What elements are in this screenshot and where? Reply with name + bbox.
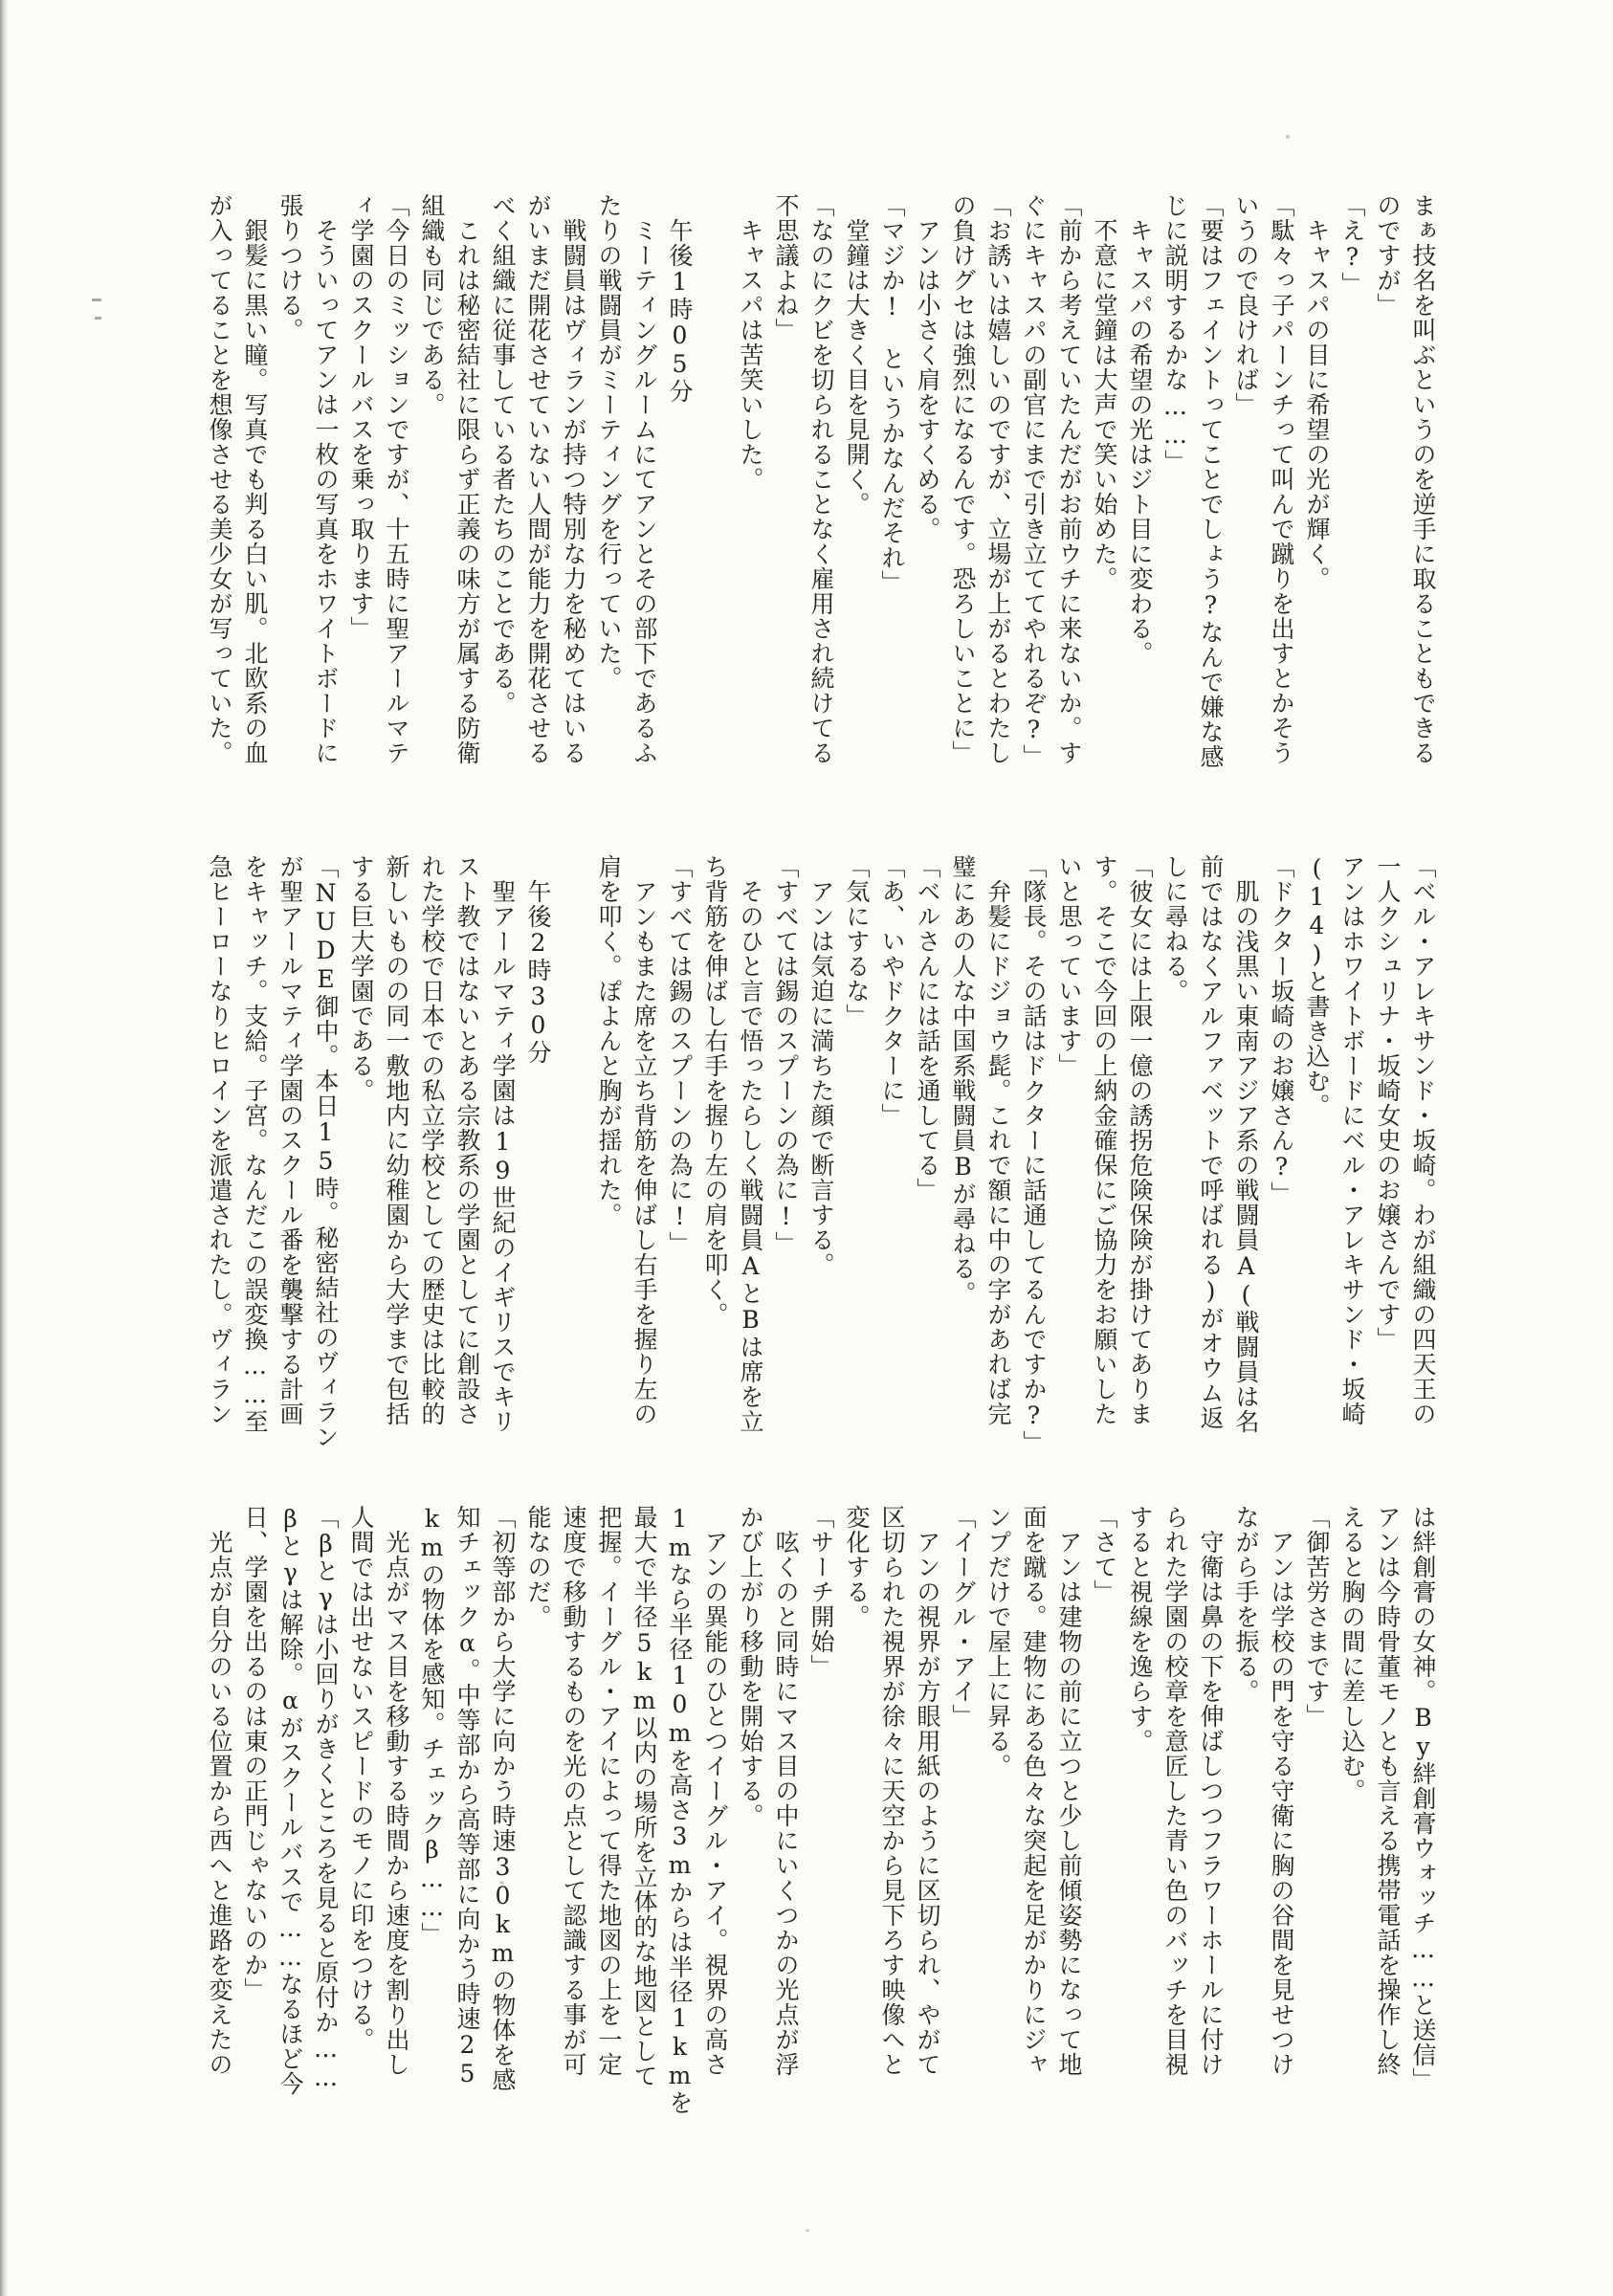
- text-column: 肩を叩く。ぽよんと胸が揺れた。: [591, 854, 627, 1467]
- text-column: 把握。イーグル・アイによって得た地図の上を一定: [591, 1505, 627, 2117]
- text-column: 呟くのと同時にマス目の中にいくつかの光点が浮: [768, 1505, 804, 2117]
- text-column: 午後2時30分: [520, 854, 556, 1467]
- scanned-novel-page: まぁ技名を叫ぶというのを逆手に取ることもできるのですが」「え?」 キャスパの目に…: [0, 0, 1613, 2296]
- text-column: 守衛は鼻の下を伸ばしつつフラワーホールに付け: [1193, 1505, 1228, 2117]
- text-column: 「マジか! というかなんだそれ」: [874, 193, 910, 806]
- text-column: いと思っています」: [1051, 854, 1087, 1467]
- text-column: られた学園の校章を意匠した青い色のバッチを目視: [1158, 1505, 1193, 2117]
- scan-speck: [1286, 135, 1290, 139]
- text-column: そのひと言で悟ったらしく戦闘員AとBは席を立: [733, 854, 768, 1467]
- text-column: ち背筋を伸ばし右手を握り左の肩を叩く。: [697, 854, 733, 1467]
- text-column: す。そこで今回の上納金確保にご協力をお願いした: [1087, 854, 1122, 1467]
- text-column: アンは学校の門を守る守衛に胸の谷間を見せつけ: [1264, 1505, 1299, 2117]
- text-column: アンもまた席を立ち背筋を伸ばし右手を握り左の: [627, 854, 662, 1467]
- text-column: 人間では出せないスピードのモノに印をつける。: [343, 1505, 379, 2117]
- text-column: 1mなら半径10mを高さ3mからは半径1kmを: [662, 1505, 697, 2117]
- text-column: 「気にするな」: [839, 854, 874, 1467]
- text-column: 速度で移動するものを光の点として認識する事が可: [556, 1505, 591, 2117]
- text-column: 弁髪にドジョウ髭。これで額に中の字があれば完: [981, 854, 1016, 1467]
- text-column: 午後1時05分: [662, 193, 697, 806]
- text-column: [697, 193, 733, 806]
- text-column: 「すべては錫のスプーンの為に!」: [662, 854, 697, 1467]
- text-column: 面を蹴る。建物にある色々な突起を足がかりにジャ: [1016, 1505, 1051, 2117]
- text-column: は絆創膏の女神。By絆創膏ウォッチ……と送信」: [1405, 1505, 1441, 2117]
- text-column: アンは小さく肩をすくめる。: [910, 193, 945, 806]
- text-column: アンは建物の前に立つと少し前傾姿勢になって地: [1051, 1505, 1087, 2117]
- text-column: キャスパの希望の光はジト目に変わる。: [1122, 193, 1158, 806]
- text-column: が入ってることを想像させる美少女が写っていた。: [202, 193, 237, 806]
- text-column: 「今日のミッションですが、十五時に聖アールマテ: [379, 193, 414, 806]
- text-column: えると胸の間に差し込む。: [1335, 1505, 1370, 2117]
- text-column: 「ベルさんには話を通してる」: [910, 854, 945, 1467]
- text-column: 「彼女には上限一億の誘拐危険保険が掛けてありま: [1122, 854, 1158, 1467]
- text-column: 「駄々っ子パーンチって叫んで蹴りを出すとかそう: [1264, 193, 1299, 806]
- text-column: 張りつける。: [273, 193, 308, 806]
- text-column: ンプだけで屋上に昇る。: [981, 1505, 1016, 2117]
- text-column: 銀髪に黒い瞳。写真でも判る白い肌。北欧系の血: [237, 193, 273, 806]
- text-column: 不思議よね」: [768, 193, 804, 806]
- text-column: がいまだ開花させていない人間が能力を開花させる: [520, 193, 556, 806]
- text-column: 璧にあの人な中国系戦闘員Bが尋ねる。: [945, 854, 981, 1467]
- text-column: これは秘密結社に限らず正義の味方が属する防衛: [450, 193, 485, 806]
- scan-speck: [95, 317, 101, 320]
- text-column: 「前から考えていたんだがお前ウチに来ないか。す: [1051, 193, 1087, 806]
- text-column: ミーティングルームにてアンとその部下であるふ: [627, 193, 662, 806]
- text-column: する巨大学園である。: [343, 854, 379, 1467]
- text-column: まぁ技名を叫ぶというのを逆手に取ることもできる: [1405, 193, 1441, 806]
- text-column: 組織も同じである。: [414, 193, 450, 806]
- text-column: kmの物体を感知。チェックβ……」: [414, 1505, 450, 2117]
- text-column: アンの異能のひとつイーグル・アイ。視界の高さ: [697, 1505, 733, 2117]
- text-column: 「え?」: [1335, 193, 1370, 806]
- text-column: いうので良ければ」: [1228, 193, 1264, 806]
- text-column: アンは気迫に満ちた顔で断言する。: [804, 854, 839, 1467]
- text-column: 区切られた視界が徐々に天空から見下ろす映像へと: [874, 1505, 910, 2117]
- text-column: βとγは解除。αがスクールバスで……なるほど今: [273, 1505, 308, 2117]
- text-column: 能なのだ。: [520, 1505, 556, 2117]
- text-column: 前ではなくアルファベットで呼ばれる)がオウム返: [1193, 854, 1228, 1467]
- text-column: 変化する。: [839, 1505, 874, 2117]
- text-column: すると視線を逸らす。: [1122, 1505, 1158, 2117]
- text-column: 「サーチ開始」: [804, 1505, 839, 2117]
- text-column: べく組織に従事している者たちのことである。: [485, 193, 520, 806]
- text-column: 「ドクター坂崎のお嬢さん?」: [1264, 854, 1299, 1467]
- text-column: の負けグセは強烈になるんです。恐ろしいことに」: [945, 193, 981, 806]
- text-column: 「なのにクビを切られることなく雇用され続けてる: [804, 193, 839, 806]
- text-column: 「あ、いやドクターに」: [874, 854, 910, 1467]
- text-column: (14)と書き込む。: [1299, 854, 1335, 1467]
- text-column: 光点が自分のいる位置から西へと進路を変えたの: [202, 1505, 237, 2117]
- text-column: 「すべては錫のスプーンの為に!」: [768, 854, 804, 1467]
- text-column: アンはホワイトボードにベル・アレキサンド・坂崎: [1335, 854, 1370, 1467]
- text-column: かび上がり移動を開始する。: [733, 1505, 768, 2117]
- text-column: をキャッチ。支給。子宮。なんだこの誤変換……至: [237, 854, 273, 1467]
- text-column: 「βとγは小回りがきくところを見ると原付か……: [308, 1505, 343, 2117]
- text-column: 光点がマス目を移動する時間から速度を割り出し: [379, 1505, 414, 2117]
- text-column: そういってアンは一枚の写真をホワイトボードに: [308, 193, 343, 806]
- text-column: 「ベル・アレキサンド・坂崎。わが組織の四天王の: [1405, 854, 1441, 1467]
- text-column: キャスパの目に希望の光が輝く。: [1299, 193, 1335, 806]
- text-column: 戦闘員はヴィランが持つ特別な力を秘めてはいる: [556, 193, 591, 806]
- text-column: たりの戦闘員がミーティングを行っていた。: [591, 193, 627, 806]
- text-column: 「御苦労さまです」: [1299, 1505, 1335, 2117]
- text-column: 不意に堂鐘は大声で笑い始めた。: [1087, 193, 1122, 806]
- text-column: 知チェックα。中等部から高等部に向かう時速25: [450, 1505, 485, 2117]
- text-column: 最大で半径5km以内の場所を立体的な地図として: [627, 1505, 662, 2117]
- text-column: 堂鐘は大きく目を見開く。: [839, 193, 874, 806]
- text-column: 「要はフェイントってことでしょう?なんで嫌な感: [1193, 193, 1228, 806]
- text-column: アンの視界が方眼用紙のように区切られ、やがて: [910, 1505, 945, 2117]
- scan-speck: [92, 298, 101, 301]
- text-column: じに説明するかな……」: [1158, 193, 1193, 806]
- text-column: 新しいものの同一敷地内に幼稚園から大学まで包括: [379, 854, 414, 1467]
- text-column: が聖アールマティ学園のスクール番を襲撃する計画: [273, 854, 308, 1467]
- text-column: 聖アールマティ学園は19世紀のイギリスでキリ: [485, 854, 520, 1467]
- text-column: ながら手を振る。: [1228, 1505, 1264, 2117]
- text-column: [556, 854, 591, 1467]
- scan-edge-artifact: [0, 0, 9, 2296]
- text-column: のですが」: [1370, 193, 1405, 806]
- scan-speck: [806, 2229, 809, 2232]
- text-column: スト教ではないとある宗教系の学園としてに創設さ: [450, 854, 485, 1467]
- text-column: 日、学園を出るのは東の正門じゃないのか」: [237, 1505, 273, 2117]
- text-column: ぐにキャスパの副官にまで引き立ててやれるぞ?」: [1016, 193, 1051, 806]
- text-column: しに尋ねる。: [1158, 854, 1193, 1467]
- text-band-top: まぁ技名を叫ぶというのを逆手に取ることもできるのですが」「え?」 キャスパの目に…: [202, 193, 1441, 810]
- scan-speck: [499, 1881, 504, 1885]
- text-column: 急ヒーローなりヒロインを派遣されたし。ヴィラン: [202, 854, 237, 1467]
- text-column: 「NUDE御中。本日15時。秘密結社のヴィラン: [308, 854, 343, 1467]
- text-column: 「さて」: [1087, 1505, 1122, 2117]
- text-band-bottom: は絆創膏の女神。By絆創膏ウォッチ……と送信」アンは今時骨董モノとも言える携帯電…: [202, 1505, 1441, 2122]
- text-column: 「隊長。その話はドクターに話通してるんですか?」: [1016, 854, 1051, 1467]
- text-column: アンは今時骨董モノとも言える携帯電話を操作し終: [1370, 1505, 1405, 2117]
- text-column: キャスパは苦笑いした。: [733, 193, 768, 806]
- text-column: 一人クシュリナ・坂崎女史のお嬢さんです」: [1370, 854, 1405, 1467]
- text-column: 「お誘いは嬉しいのですが、立場が上がるとわたし: [981, 193, 1016, 806]
- text-band-middle: 「ベル・アレキサンド・坂崎。わが組織の四天王の一人クシュリナ・坂崎女史のお嬢さん…: [202, 854, 1441, 1471]
- text-column: 肌の浅黒い東南アジア系の戦闘員A(戦闘員は名: [1228, 854, 1264, 1467]
- text-column: れた学校で日本での私立学校としての歴史は比較的: [414, 854, 450, 1467]
- text-column: 「初等部から大学に向かう時速30kmの物体を感: [485, 1505, 520, 2117]
- text-column: ィ学園のスクールバスを乗っ取ります」: [343, 193, 379, 806]
- text-column: 「イーグル・アイ」: [945, 1505, 981, 2117]
